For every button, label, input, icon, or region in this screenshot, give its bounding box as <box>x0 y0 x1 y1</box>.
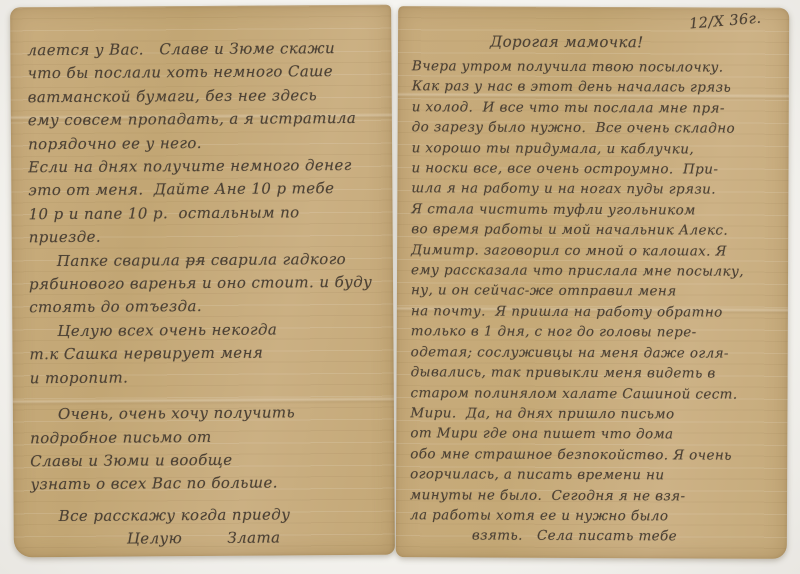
handwritten-line: Все расскажу когда приеду <box>31 502 387 528</box>
right-page-text: Вчера утром получила твою посылочку.Как … <box>396 52 789 547</box>
handwritten-line: на почту. Я пришла на работу обратно <box>411 301 780 323</box>
letter-heading: Дорогая мамочка! <box>490 33 789 52</box>
handwritten-line: ему совсем пропадать, а я истратила <box>28 107 384 133</box>
handwritten-line: Очень, очень хочу получить <box>30 401 386 427</box>
handwritten-line: обо мне страшное безпокойство. Я очень <box>410 444 779 466</box>
handwritten-line: от Мири где она пишет что дома <box>410 424 779 446</box>
handwritten-line: ну, и он сейчас-же отправил меня <box>411 281 780 303</box>
handwritten-line: что бы послали хоть немного Саше <box>27 60 383 86</box>
handwritten-line: Славы и Зюми и вообще <box>30 448 386 474</box>
letter-page-left: лается у Вас. Славе и Зюме скажичто бы п… <box>10 5 395 558</box>
handwritten-line: и торопит. <box>30 364 386 390</box>
handwritten-line: и хорошо ты придумала, и каблучки, <box>412 138 781 160</box>
handwritten-line: только в 1 дня, с ног до головы пере- <box>411 321 780 343</box>
handwritten-line: Вчера утром получила твою посылочку. <box>412 56 781 78</box>
handwritten-line: старом полинялом халате Сашиной сест. <box>410 383 779 405</box>
handwritten-line: и холод. И все что ты послала мне пря- <box>412 97 781 119</box>
handwritten-line: Целую всех очень некогда <box>29 318 385 344</box>
handwritten-line: подробное письмо от <box>30 424 386 450</box>
handwritten-line: огорчилась, а писать времени ни <box>410 464 779 486</box>
handwritten-line: взять. Села писать тебе <box>410 526 779 548</box>
handwritten-line: шла я на работу и на ногах пуды грязи. <box>411 179 780 201</box>
handwritten-line: лается у Вас. Славе и Зюме скажи <box>27 37 383 63</box>
handwritten-line: это от меня. Дайте Ане 10 р тебе <box>28 177 384 203</box>
handwritten-line: Как раз у нас в этот день началась грязь <box>412 77 781 99</box>
handwritten-line: ему рассказала что прислала мне посылку, <box>411 260 780 282</box>
handwritten-line: 10 р и папе 10 р. остальным по <box>28 201 384 227</box>
handwritten-line: т.к Сашка нервирует меня <box>29 341 385 367</box>
handwritten-line: Целую Злата <box>31 526 387 552</box>
handwritten-line: Мири. Да, на днях пришло письмо <box>410 403 779 425</box>
handwritten-line: до зарезу было нужно. Все очень складно <box>412 117 781 139</box>
handwritten-line: Папке сварила р̶я̶ сварила гадкого <box>29 247 385 273</box>
handwritten-line: рябинового варенья и оно стоит. и буду <box>29 271 385 297</box>
handwritten-line: Я стала чистить туфли угольником <box>411 199 780 221</box>
handwritten-line: стоять до отъезда. <box>29 294 385 320</box>
handwritten-line: минуты не было. Сегодня я не взя- <box>410 485 779 507</box>
left-page-text: лается у Вас. Славе и Зюме скажичто бы п… <box>10 5 395 552</box>
letter-photo-background: лается у Вас. Славе и Зюме скажичто бы п… <box>0 0 800 574</box>
handwritten-line: приезде. <box>29 224 385 250</box>
letter-page-right: 12/X 36г. Дорогая мамочка! Вчера утром п… <box>396 6 789 559</box>
handwritten-line: дывались, так привыкли меня видеть в <box>411 362 780 384</box>
handwritten-line: Димитр. заговорил со мной о калошах. Я <box>411 240 780 262</box>
handwritten-line: ла работы хотя ее и нужно было <box>410 505 779 527</box>
handwritten-line: узнать о всех Вас по больше. <box>30 471 386 497</box>
handwritten-line: ватманской бумаги, без нее здесь <box>28 84 384 110</box>
letter-date: 12/X 36г. <box>688 11 761 33</box>
handwritten-line: во время работы и мой начальник Алекс. <box>411 219 780 241</box>
handwritten-line: и носки все, все очень остроумно. При- <box>411 158 780 180</box>
handwritten-line: одетая; сослуживцы на меня даже огля- <box>411 342 780 364</box>
handwritten-line: порядочно ее у него. <box>28 130 384 156</box>
handwritten-line: Если на днях получите немного денег <box>28 154 384 180</box>
